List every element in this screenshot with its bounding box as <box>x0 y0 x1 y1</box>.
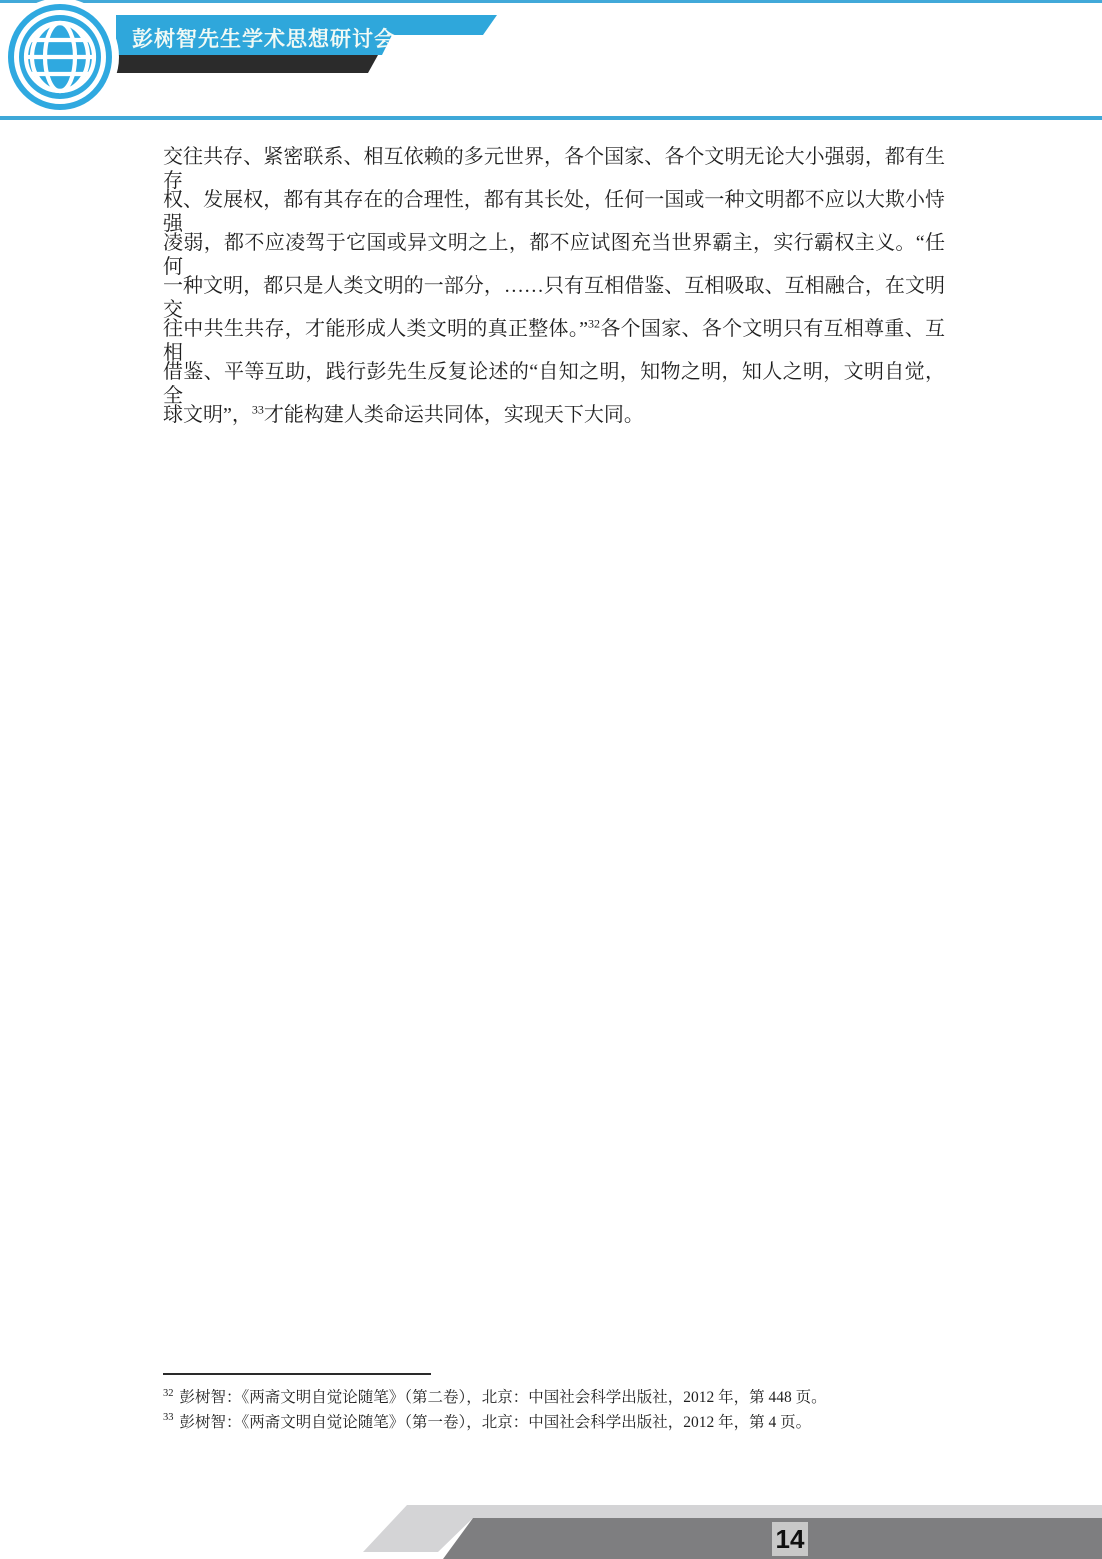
footnote-separator-line <box>163 1373 431 1375</box>
globe-icon <box>8 4 112 110</box>
page-number: 14 <box>772 1522 808 1556</box>
document-page: 彭树智先生学术思想研讨会 交往共存、紧密联系、相互依赖的多元世界，各个国家、各个… <box>0 0 1102 1559</box>
paragraph: 交往共存、紧密联系、相互依赖的多元世界，各个国家、各个文明无论大小强弱，都有生存… <box>163 145 945 446</box>
header-banner: 彭树智先生学术思想研讨会 <box>116 15 500 55</box>
text-line: 凌弱，都不应凌驾于它国或异文明之上，都不应试图充当世界霸主，实行霸权主义。“任何 <box>163 231 945 274</box>
text-line: 一种文明，都只是人类文明的一部分，……只有互相借鉴、互相吸取、互相融合，在文明交 <box>163 274 945 317</box>
footnote: 32彭树智：《两斋文明自觉论随笔》（第二卷），北京：中国社会科学出版社，2012… <box>163 1386 933 1411</box>
footnote-number: 32 <box>163 1388 174 1399</box>
header-title: 彭树智先生学术思想研讨会 <box>116 15 500 53</box>
text-line: 球文明”，33才能构建人类命运共同体，实现天下大同。 <box>163 403 945 446</box>
header-divider-line <box>0 116 1102 120</box>
footnote-number: 33 <box>163 1412 174 1423</box>
footnote-list: 32彭树智：《两斋文明自觉论随笔》（第二卷），北京：中国社会科学出版社，2012… <box>163 1386 933 1435</box>
text-line: 往中共生共存，才能形成人类文明的真正整体。”32各个国家、各个文明只有互相尊重、… <box>163 317 945 360</box>
footnote-reference: 32 <box>588 316 600 330</box>
header-banner-shadow <box>116 55 378 73</box>
footnote: 33彭树智：《两斋文明自觉论随笔》（第一卷），北京：中国社会科学出版社，2012… <box>163 1411 933 1436</box>
text-line: 权、发展权，都有其存在的合理性，都有其长处，任何一国或一种文明都不应以大欺小恃强 <box>163 188 945 231</box>
footnote-text: 彭树智：《两斋文明自觉论随笔》（第二卷），北京：中国社会科学出版社，2012 年… <box>180 1389 827 1406</box>
top-border-line <box>0 0 1102 3</box>
footnote-text: 彭树智：《两斋文明自觉论随笔》（第一卷），北京：中国社会科学出版社，2012 年… <box>180 1414 812 1431</box>
footnote-reference: 33 <box>252 402 264 416</box>
text-line: 借鉴、平等互助，践行彭先生反复论述的“自知之明，知物之明，知人之明，文明自觉，全 <box>163 360 945 403</box>
text-line: 交往共存、紧密联系、相互依赖的多元世界，各个国家、各个文明无论大小强弱，都有生存 <box>163 145 945 188</box>
